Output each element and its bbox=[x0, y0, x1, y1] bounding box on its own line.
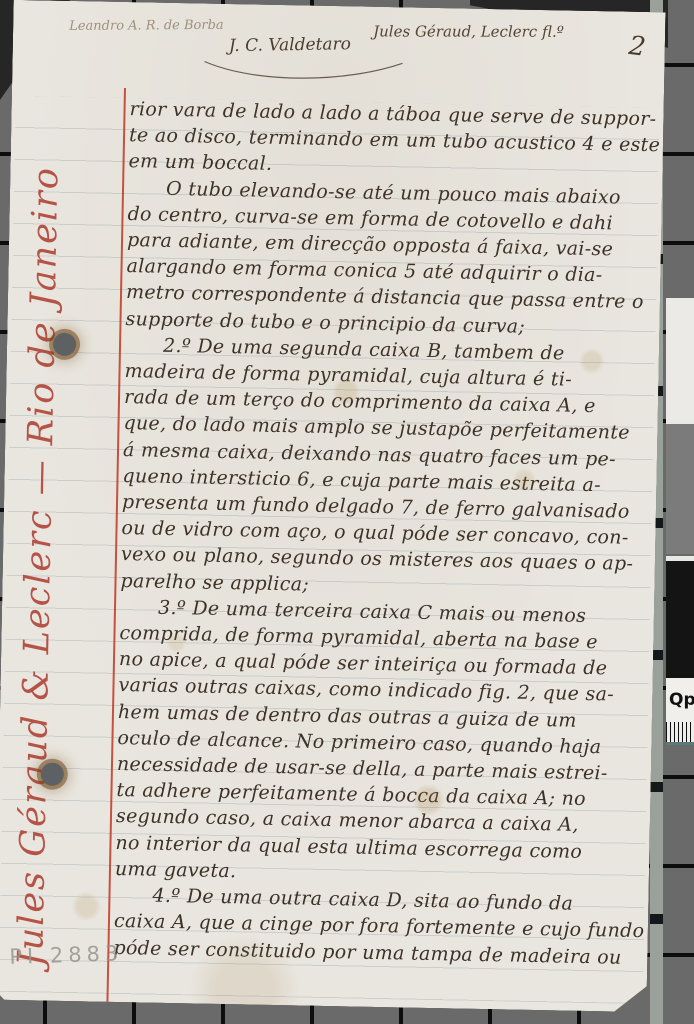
archival-photo-stage: Qp Jules Géraud & Leclerc — Rio de Janei… bbox=[0, 0, 694, 1024]
calibration-chip-white bbox=[666, 298, 694, 420]
calibration-chip-gray bbox=[666, 420, 694, 554]
manuscript-page: Jules Géraud & Leclerc — Rio de Janeiro … bbox=[0, 0, 666, 1012]
header-signature: J. C. Valdetaro bbox=[229, 34, 351, 56]
calibration-chip-black bbox=[666, 556, 694, 683]
scale-ruler-ticks bbox=[666, 722, 694, 745]
header-annotation-left: Leandro A. R. de Borba bbox=[69, 18, 224, 34]
header-annotation-right: Jules Géraud, Leclerc fl.º bbox=[373, 22, 564, 40]
signature-flourish-stroke bbox=[198, 55, 408, 87]
manuscript-body: rior vara de lado a lado a táboa que ser… bbox=[113, 96, 658, 971]
scale-label: Qp bbox=[666, 678, 694, 722]
letterhead-vertical-text: Jules Géraud & Leclerc — Rio de Janeiro bbox=[11, 206, 106, 967]
pencil-archive-number: PI 2883 bbox=[9, 941, 124, 969]
page-number: 2 bbox=[627, 31, 647, 63]
